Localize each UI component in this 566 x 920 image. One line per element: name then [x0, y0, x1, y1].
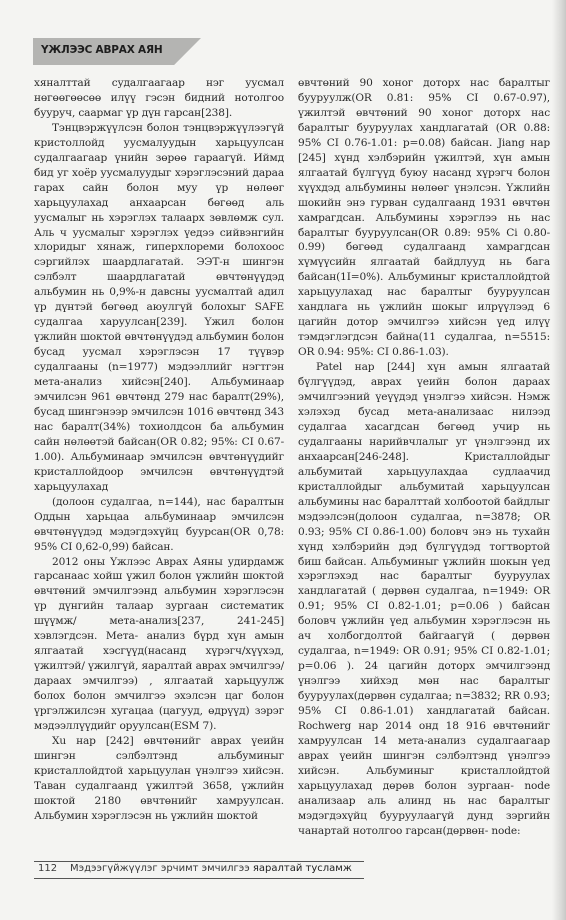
paragraph: 2012 оны Үжлээс Аврах Аяны удирдамж гарс…: [34, 555, 284, 734]
paragraph: (долоон судалгаа, n=144), нас баралтын О…: [34, 495, 284, 555]
footer-divider-bottom: [34, 878, 364, 879]
section-title: ҮЖЛЭЭС АВРАХ АЯН: [41, 44, 162, 56]
paragraph: хяналттай судалгаагаар нэг уусмал нөгөөг…: [34, 76, 284, 121]
left-text-column: хяналттай судалгаагаар нэг уусмал нөгөөг…: [34, 76, 284, 824]
section-header-banner: ҮЖЛЭЭС АВРАХ АЯН: [33, 38, 201, 65]
paragraph: өвчтөний 90 хоног доторх нас баралтыг бу…: [298, 76, 550, 360]
paragraph: Xu нар [242] өвчтөнийг аврах үеийн шингэ…: [34, 734, 284, 824]
page-footer: 112Мэдээгүйжүүлэг эрчимт эмчилгээ яаралт…: [38, 863, 352, 874]
running-title-emphasis: яаралтай тусламж: [253, 863, 352, 874]
right-text-column: өвчтөний 90 хоног доторх нас баралтыг бу…: [298, 76, 550, 839]
paragraph: Тэнцвэржүүлсэн болон тэнцвэржүүлээгүй кр…: [34, 121, 284, 495]
page-number: 112: [38, 863, 70, 874]
paragraph: Patel нар [244] хүн амын ялгаатай бүлгүү…: [298, 360, 550, 839]
page-edge-shadow: [552, 0, 566, 920]
footer-divider-top: [34, 861, 364, 862]
running-title: Мэдээгүйжүүлэг эрчимт эмчилгээ: [70, 863, 253, 874]
